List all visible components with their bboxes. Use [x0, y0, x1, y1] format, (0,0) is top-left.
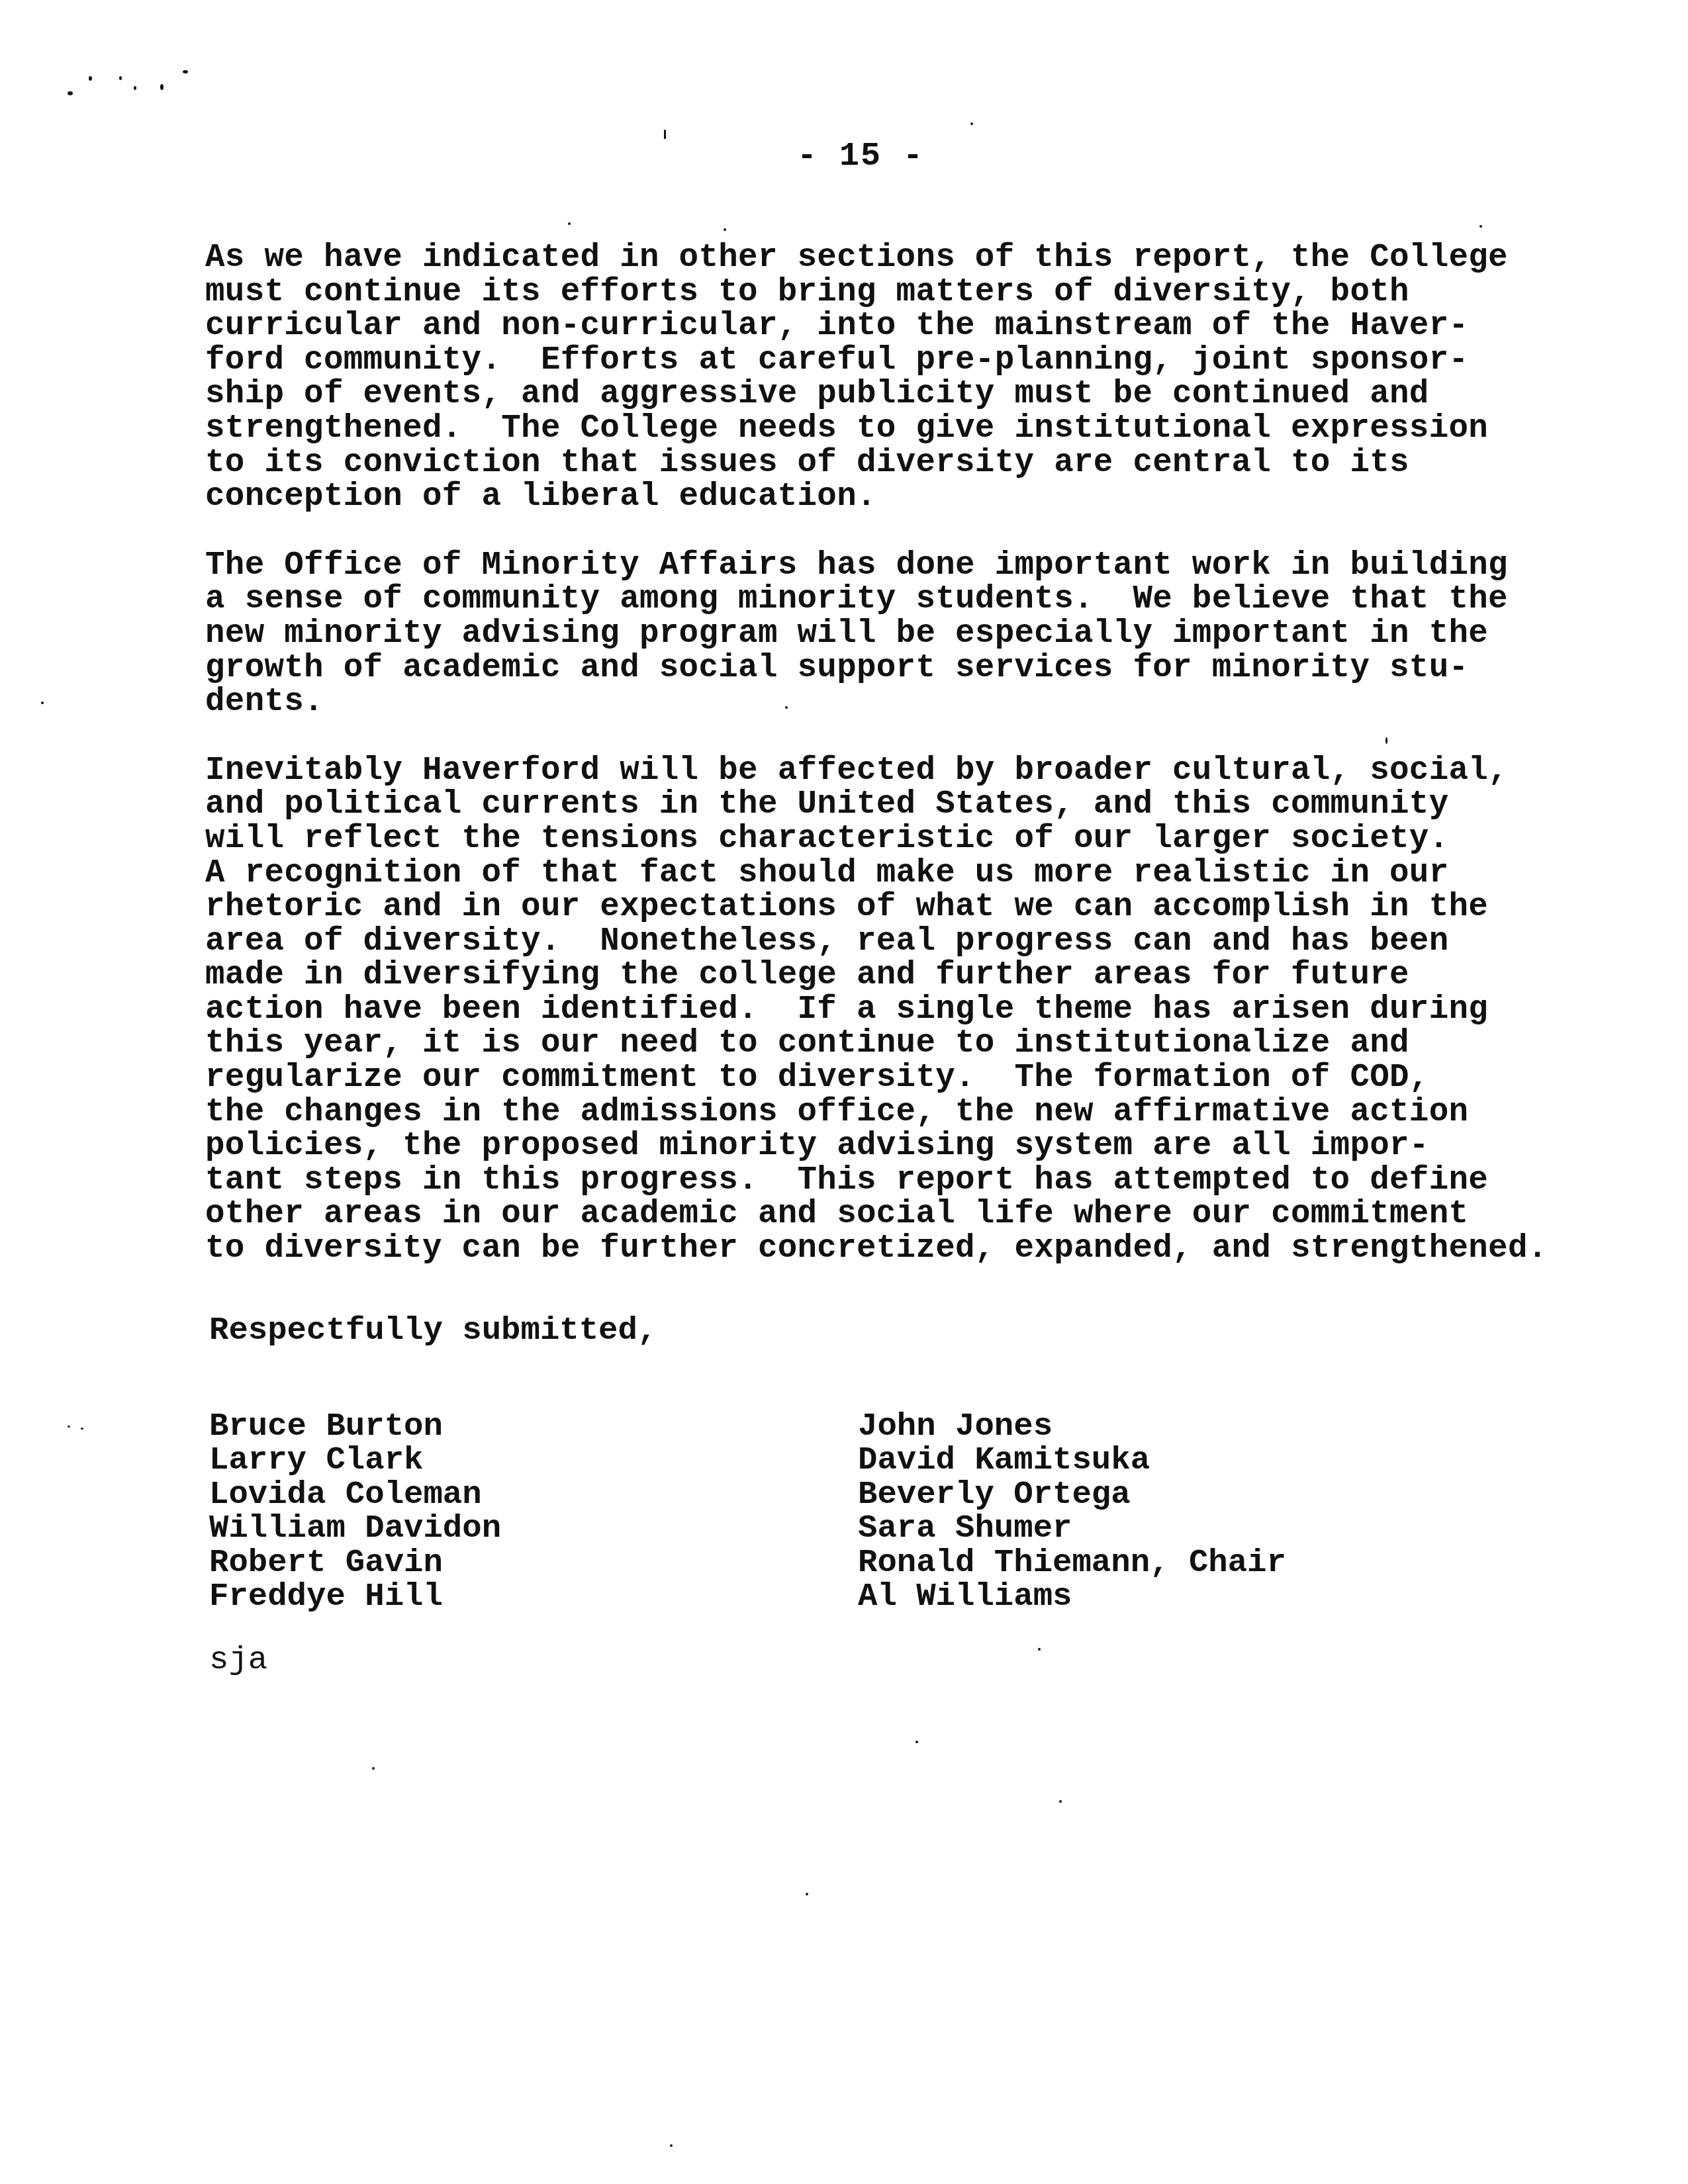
scan-speck	[119, 76, 122, 80]
closing-salutation: Respectfully submitted,	[209, 1313, 657, 1347]
scan-speck	[134, 86, 136, 90]
signatory-name: Freddye Hill	[209, 1580, 501, 1614]
text-line: growth of academic and social support se…	[205, 651, 1628, 686]
text-line: action have been identified. If a single…	[205, 993, 1628, 1027]
text-line: to its conviction that issues of diversi…	[205, 446, 1628, 480]
scan-speck	[970, 122, 973, 125]
signatory-name: William Davidon	[209, 1512, 501, 1545]
signatory-name: Bruce Burton	[209, 1410, 501, 1443]
scan-speck	[41, 702, 44, 704]
page-number: - 15 -	[0, 138, 1688, 175]
scan-speck	[568, 222, 571, 225]
scan-speck	[1385, 737, 1387, 744]
signatory-name: Robert Gavin	[209, 1546, 501, 1580]
text-line: a sense of community among minority stud…	[205, 582, 1628, 617]
scan-speck	[1038, 1648, 1041, 1651]
scan-speck	[1479, 225, 1482, 228]
text-line: As we have indicated in other sections o…	[205, 241, 1628, 275]
text-line: tant steps in this progress. This report…	[205, 1163, 1628, 1198]
typist-initials: sja	[209, 1643, 267, 1677]
text-line: regularize our commitment to diversity. …	[205, 1061, 1628, 1095]
text-line: The Office of Minority Affairs has done …	[205, 549, 1628, 583]
signatory-name: John Jones	[858, 1410, 1286, 1443]
paragraph-minority-affairs: The Office of Minority Affairs has done …	[205, 549, 1628, 719]
scan-speck	[785, 706, 788, 709]
text-line: the changes in the admissions office, th…	[205, 1095, 1628, 1130]
scan-speck	[806, 1893, 808, 1895]
scan-speck	[915, 1741, 918, 1743]
signatory-name: Larry Clark	[209, 1443, 501, 1477]
document-page: - 15 - As we have indicated in other sec…	[0, 0, 1688, 2184]
text-line: rhetoric and in our expectations of what…	[205, 890, 1628, 925]
text-line: policies, the proposed minority advising…	[205, 1129, 1628, 1163]
text-line: and political currents in the United Sta…	[205, 788, 1628, 822]
scan-speck	[664, 130, 666, 139]
text-line: Inevitably Haverford will be affected by…	[205, 754, 1628, 788]
scan-speck	[670, 2144, 673, 2147]
paragraph-diversity-mainstream: As we have indicated in other sections o…	[205, 241, 1628, 514]
text-line: curricular and non-curricular, into the …	[205, 309, 1628, 343]
text-line: new minority advising program will be es…	[205, 617, 1628, 651]
text-line: A recognition of that fact should make u…	[205, 856, 1628, 891]
text-line: made in diversifying the college and fur…	[205, 958, 1628, 993]
report-body: As we have indicated in other sections o…	[205, 241, 1628, 1300]
scan-speck	[372, 1767, 375, 1770]
text-line: this year, it is our need to continue to…	[205, 1026, 1628, 1061]
scan-speck	[183, 70, 188, 73]
signatory-name: Sara Shumer	[858, 1512, 1286, 1545]
signatories-right-column: John Jones David Kamitsuka Beverly Orteg…	[858, 1410, 1286, 1614]
scan-speck	[724, 228, 726, 231]
text-line: will reflect the tensions characteristic…	[205, 822, 1628, 856]
text-line: ford community. Efforts at careful pre-p…	[205, 343, 1628, 378]
scan-speck	[160, 84, 164, 90]
scan-speck	[1059, 1800, 1062, 1803]
text-line: area of diversity. Nonetheless, real pro…	[205, 925, 1628, 959]
signatory-name: Beverly Ortega	[858, 1478, 1286, 1512]
text-line: other areas in our academic and social l…	[205, 1197, 1628, 1232]
paragraph-conclusion: Inevitably Haverford will be affected by…	[205, 754, 1628, 1266]
signatory-name: Lovida Coleman	[209, 1478, 501, 1512]
text-line: conception of a liberal education.	[205, 480, 1628, 514]
signatories-left-column: Bruce Burton Larry Clark Lovida Coleman …	[209, 1410, 501, 1614]
text-line: must continue its efforts to bring matte…	[205, 275, 1628, 310]
scan-speck	[89, 76, 92, 81]
text-line: to diversity can be further concretized,…	[205, 1232, 1628, 1266]
text-line: ship of events, and aggressive publicity…	[205, 377, 1628, 412]
signatory-name: David Kamitsuka	[858, 1443, 1286, 1477]
signatory-name: Ronald Thiemann, Chair	[858, 1546, 1286, 1580]
text-line: dents.	[205, 685, 1628, 719]
signatory-name: Al Williams	[858, 1580, 1286, 1614]
scan-speck	[68, 91, 73, 95]
scan-speck	[68, 1426, 70, 1428]
text-line: strengthened. The College needs to give …	[205, 412, 1628, 446]
scan-speck	[81, 1428, 83, 1430]
